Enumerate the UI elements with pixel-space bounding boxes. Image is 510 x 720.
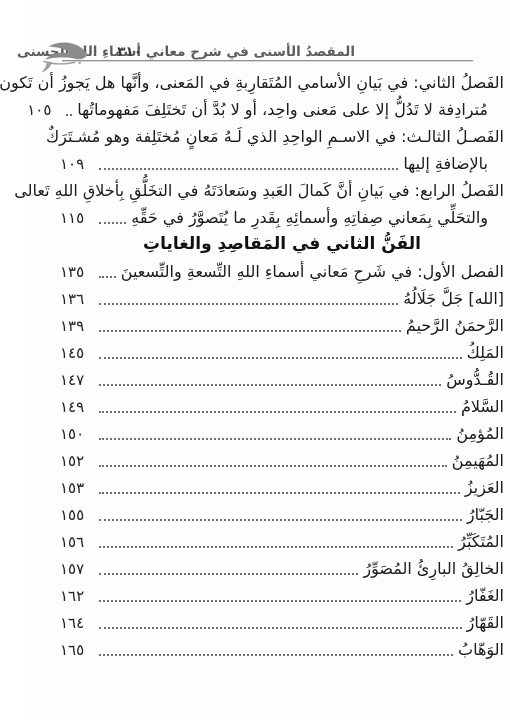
entry-title: الفصل الأول: في شَرحِ مَعاني أسماءِ الله… (94, 258, 477, 285)
page-header: المقصدُ الأسنى في شرح معاني أسماءِ اللهِ… (0, 0, 510, 68)
entry-page-number: ١٤٥ (33, 340, 67, 367)
dot-leader (72, 384, 414, 386)
entry-title: بالإضافةِ إليها (376, 150, 461, 177)
toc-entry-row: العَزيزُ ١٥٣ (33, 474, 477, 501)
entry-title: المُؤمِنُ (429, 420, 477, 447)
entry-title: الوَهّابُ (431, 636, 477, 663)
book-page: المقصدُ الأسنى في شرح معاني أسماءِ اللهِ… (0, 0, 510, 720)
entry-page-number: ١٣٦ (33, 286, 67, 313)
entry-title: والتحَلِّي بِمَعاني صِفاتِهِ وأسمائِهِ ب… (104, 204, 461, 231)
dot-leader (72, 492, 433, 494)
toc-entry-row: المَلِكُ ١٤٥ (33, 339, 477, 366)
entry-title: المُهَيمِنُ (425, 447, 477, 474)
entry-title: الفَصلُ الرابع: في بَيانِ أنَّ كَمالَ ال… (0, 177, 477, 204)
toc-entry-row: المُتَكَبِّرُ ١٥٦ (33, 528, 477, 555)
entry-page-number: ١٥٠ (33, 421, 67, 448)
dot-leader (72, 600, 434, 602)
toc-entry-row: الجَبّارُ ١٥٥ (33, 501, 477, 528)
entry-page-number: ١٠٩ (33, 151, 67, 178)
entry-page-number: ١٥٣ (33, 475, 67, 502)
entry-page-number: ١٥٢ (33, 448, 67, 475)
toc-entry-row: بالإضافةِ إليها ١٠٩ (33, 150, 477, 177)
section-heading-text: الفَنُّ الثاني في المَقاصِدِ والغاياتِ (116, 231, 394, 258)
entry-title: [الله] جَلَّ جَلَالُهُ (376, 285, 477, 312)
page-number: ٣١٠ (90, 44, 115, 60)
toc-entry-row: الرَّحمَنُ الرَّحيمُ ١٣٩ (33, 312, 477, 339)
dot-leader (72, 573, 331, 575)
entry-title: الخالِقُ البارِئُ المُصَوِّرُ (336, 555, 477, 582)
entry-title: القَهّارُ (440, 609, 477, 636)
toc-entry-row: الفَصلُ الرابع: في بَيانِ أنَّ كَمالَ ال… (33, 177, 477, 204)
entry-page-number: ١٣٥ (33, 259, 67, 286)
toc-section-heading: الفَنُّ الثاني في المَقاصِدِ والغاياتِ (33, 231, 477, 258)
entry-page-number: ١٣٩ (33, 313, 67, 340)
entry-title: الفَصـلُ الثالـث: في الاسـمِ الواحِدِ ال… (19, 123, 477, 150)
entry-page-number: ١٦٤ (33, 610, 67, 637)
toc-entry-row: [الله] جَلَّ جَلَالُهُ ١٣٦ (33, 285, 477, 312)
header-rule (35, 60, 446, 61)
entry-page-number: ١٥٥ (33, 502, 67, 529)
dot-leader (72, 168, 371, 170)
toc-entry-row: المُؤمِنُ ١٥٠ (33, 420, 477, 447)
toc-entry-row: مُترادِفة لا تَدُلُّ إلا على مَعنى واحِد… (33, 96, 477, 123)
toc-entry-row: الخالِقُ البارِئُ المُصَوِّرُ ١٥٧ (33, 555, 477, 582)
toc-entry-row: السَّلامُ ١٤٩ (33, 393, 477, 420)
entry-page-number: ١٥٦ (33, 529, 67, 556)
dot-leader (72, 627, 435, 629)
entry-title: الرَّحمَنُ الرَّحيمُ (379, 312, 477, 339)
toc-entry-row: الغَفّارُ ١٦٢ (33, 582, 477, 609)
dot-leader (72, 411, 429, 413)
entry-title: المَلِكُ (440, 339, 477, 366)
entry-title: الغَفّارُ (439, 582, 477, 609)
toc-entry-row: الفَصـلُ الثالـث: في الاسـمِ الواحِدِ ال… (33, 123, 477, 150)
dot-leader (72, 276, 89, 278)
dot-leader (72, 330, 374, 332)
toc-entry-row: المُهَيمِنُ ١٥٢ (33, 447, 477, 474)
entry-page-number: ١١٥ (33, 205, 67, 232)
toc-entry-row: القُـدُّوسُ ١٤٧ (33, 366, 477, 393)
entry-title: الجَبّارُ (440, 501, 477, 528)
entry-title: السَّلامُ (434, 393, 477, 420)
dot-leader (72, 438, 424, 440)
dot-leader (72, 519, 435, 521)
dot-leader (72, 546, 426, 548)
dot-leader (72, 357, 435, 359)
entry-title: العَزيزُ (438, 474, 477, 501)
entry-page-number: ١٤٧ (33, 367, 67, 394)
entry-title: المُتَكَبِّرُ (431, 528, 477, 555)
toc-entry-row: الفَصلُ الثاني: في بَيانِ الأسامي المُتَ… (33, 69, 477, 96)
toc-entry-row: الفصل الأول: في شَرحِ مَعاني أسماءِ الله… (33, 258, 477, 285)
toc-entry-row: والتحَلِّي بِمَعاني صِفاتِهِ وأسمائِهِ ب… (33, 204, 477, 231)
toc-entry-row: القَهّارُ ١٦٤ (33, 609, 477, 636)
entry-page-number: ١٦٥ (33, 637, 67, 664)
toc-entry-row: الوَهّابُ ١٦٥ (33, 636, 477, 663)
dot-leader (72, 465, 420, 467)
entry-title: الفَصلُ الثاني: في بَيانِ الأسامي المُتَ… (0, 69, 477, 96)
dot-leader (39, 114, 45, 116)
entry-page-number: ١٥٧ (33, 556, 67, 583)
dot-leader (72, 303, 371, 305)
dot-leader (72, 654, 426, 656)
table-of-contents: الفَصلُ الثاني: في بَيانِ الأسامي المُتَ… (33, 69, 477, 663)
entry-page-number: ١٦٢ (33, 583, 67, 610)
entry-title: مُترادِفة لا تَدُلُّ إلا على مَعنى واحِد… (50, 96, 461, 123)
entry-title: القُـدُّوسُ (419, 366, 477, 393)
dot-leader (72, 222, 99, 224)
entry-page-number: ١٠٥ (0, 97, 34, 124)
entry-page-number: ١٤٩ (33, 394, 67, 421)
